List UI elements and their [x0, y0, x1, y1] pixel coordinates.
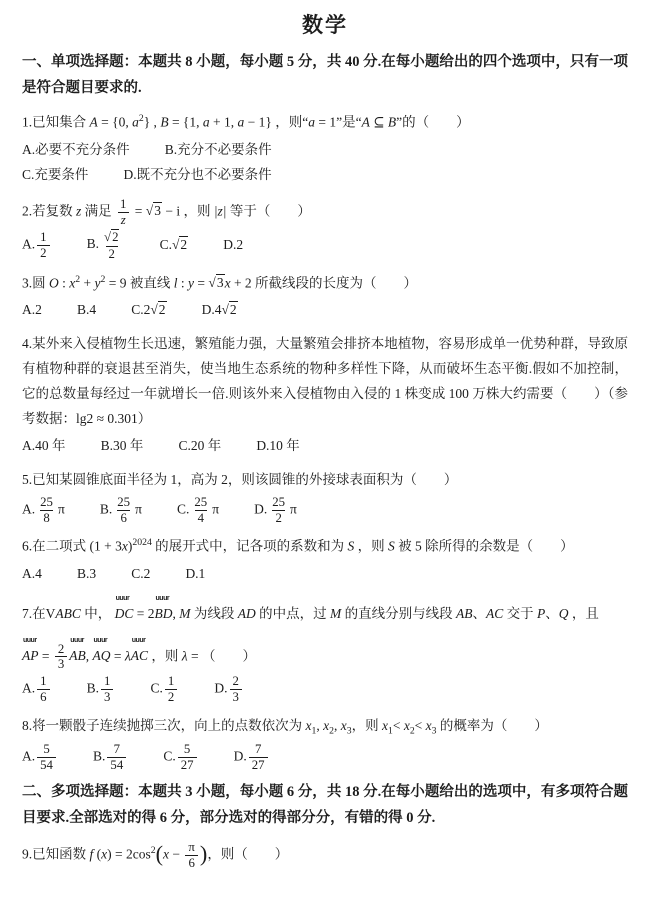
question-8-stem: 8.将一颗骰子连续抛掷三次，向上的点数依次为 x1, x2, x3，则 x1< …: [22, 714, 628, 741]
question-6-stem: 6.在二项式 (1 + 3x)2024 的展开式中，记各项的系数和为 S ，则 …: [22, 534, 628, 559]
question-4: 4.某外来入侵植物生长迅速，繁殖能力强，大量繁殖会排挤本地植物，容易形成单一优势…: [22, 332, 628, 459]
question-8-options: A.554B.754C.527D.727: [22, 742, 628, 773]
question-3-stem: 3.圆 O : x2 + y2 = 9 被直线 l : y = 3x + 2 所…: [22, 271, 628, 296]
question-9-stem: 9.已知函数 f (x) = 2cos2(x − π6)，则（ ）: [22, 840, 628, 871]
question-5-options: A.258πB.256πC.254πD.252π: [22, 495, 628, 526]
question-4-stem: 4.某外来入侵植物生长迅速，繁殖能力强，大量繁殖会排挤本地植物，容易形成单一优势…: [22, 332, 628, 432]
question-9: 9.已知函数 f (x) = 2cos2(x − π6)，则（ ）: [22, 840, 628, 871]
question-1: 1.已知集合 A = {0, a2} , B = {1, a + 1, a − …: [22, 110, 628, 187]
question-7: 7.在VABC 中， uuurDC = 2uuurBD, M 为线段 AD 的中…: [22, 596, 628, 705]
question-8: 8.将一颗骰子连续抛掷三次，向上的点数依次为 x1, x2, x3，则 x1< …: [22, 714, 628, 773]
question-6-options: A.4B.3C.2D.1: [22, 562, 628, 587]
question-6: 6.在二项式 (1 + 3x)2024 的展开式中，记各项的系数和为 S ，则 …: [22, 534, 628, 586]
exam-paper-page: 数学 一、单项选择题：本题共 8 小题，每小题 5 分，共 40 分.在每小题给…: [0, 0, 650, 904]
question-1-stem: 1.已知集合 A = {0, a2} , B = {1, a + 1, a − …: [22, 110, 628, 135]
question-1-options: A.必要不充分条件B.充分不必要条件C.充要条件D.既不充分也不必要条件: [22, 138, 628, 188]
question-7-options: A.16B.13C.12D.23: [22, 674, 628, 705]
section-1-heading: 一、单项选择题：本题共 8 小题，每小题 5 分，共 40 分.在每小题给出的四…: [22, 49, 628, 101]
question-2-options: A.12B.22C.2D.2: [22, 229, 628, 261]
question-7-stem-line-1: 7.在VABC 中， uuurDC = 2uuurBD, M 为线段 AD 的中…: [22, 596, 628, 627]
question-2-stem: 2.若复数 z 满足 1z = 3 − i ，则 |z| 等于（ ）: [22, 197, 628, 228]
question-5: 5.已知某圆锥底面半径为 1，高为 2，则该圆锥的外接球表面积为（ ） A.25…: [22, 468, 628, 525]
question-5-stem: 5.已知某圆锥底面半径为 1，高为 2，则该圆锥的外接球表面积为（ ）: [22, 468, 628, 493]
question-4-options: A.40 年B.30 年C.20 年D.10 年: [22, 434, 628, 459]
question-7-stem-line-2: uuurAP = 23uuurAB, uuurAQ = λuuurAC ，则 λ…: [22, 636, 628, 673]
question-3: 3.圆 O : x2 + y2 = 9 被直线 l : y = 3x + 2 所…: [22, 271, 628, 323]
question-2: 2.若复数 z 满足 1z = 3 − i ，则 |z| 等于（ ） A.12B…: [22, 197, 628, 262]
section-2-heading: 二、多项选择题：本题共 3 小题，每小题 6 分，共 18 分.在每小题给出的选…: [22, 779, 628, 831]
question-3-options: A.2B.4C.22D.42: [22, 298, 628, 323]
page-title: 数学: [22, 12, 628, 39]
